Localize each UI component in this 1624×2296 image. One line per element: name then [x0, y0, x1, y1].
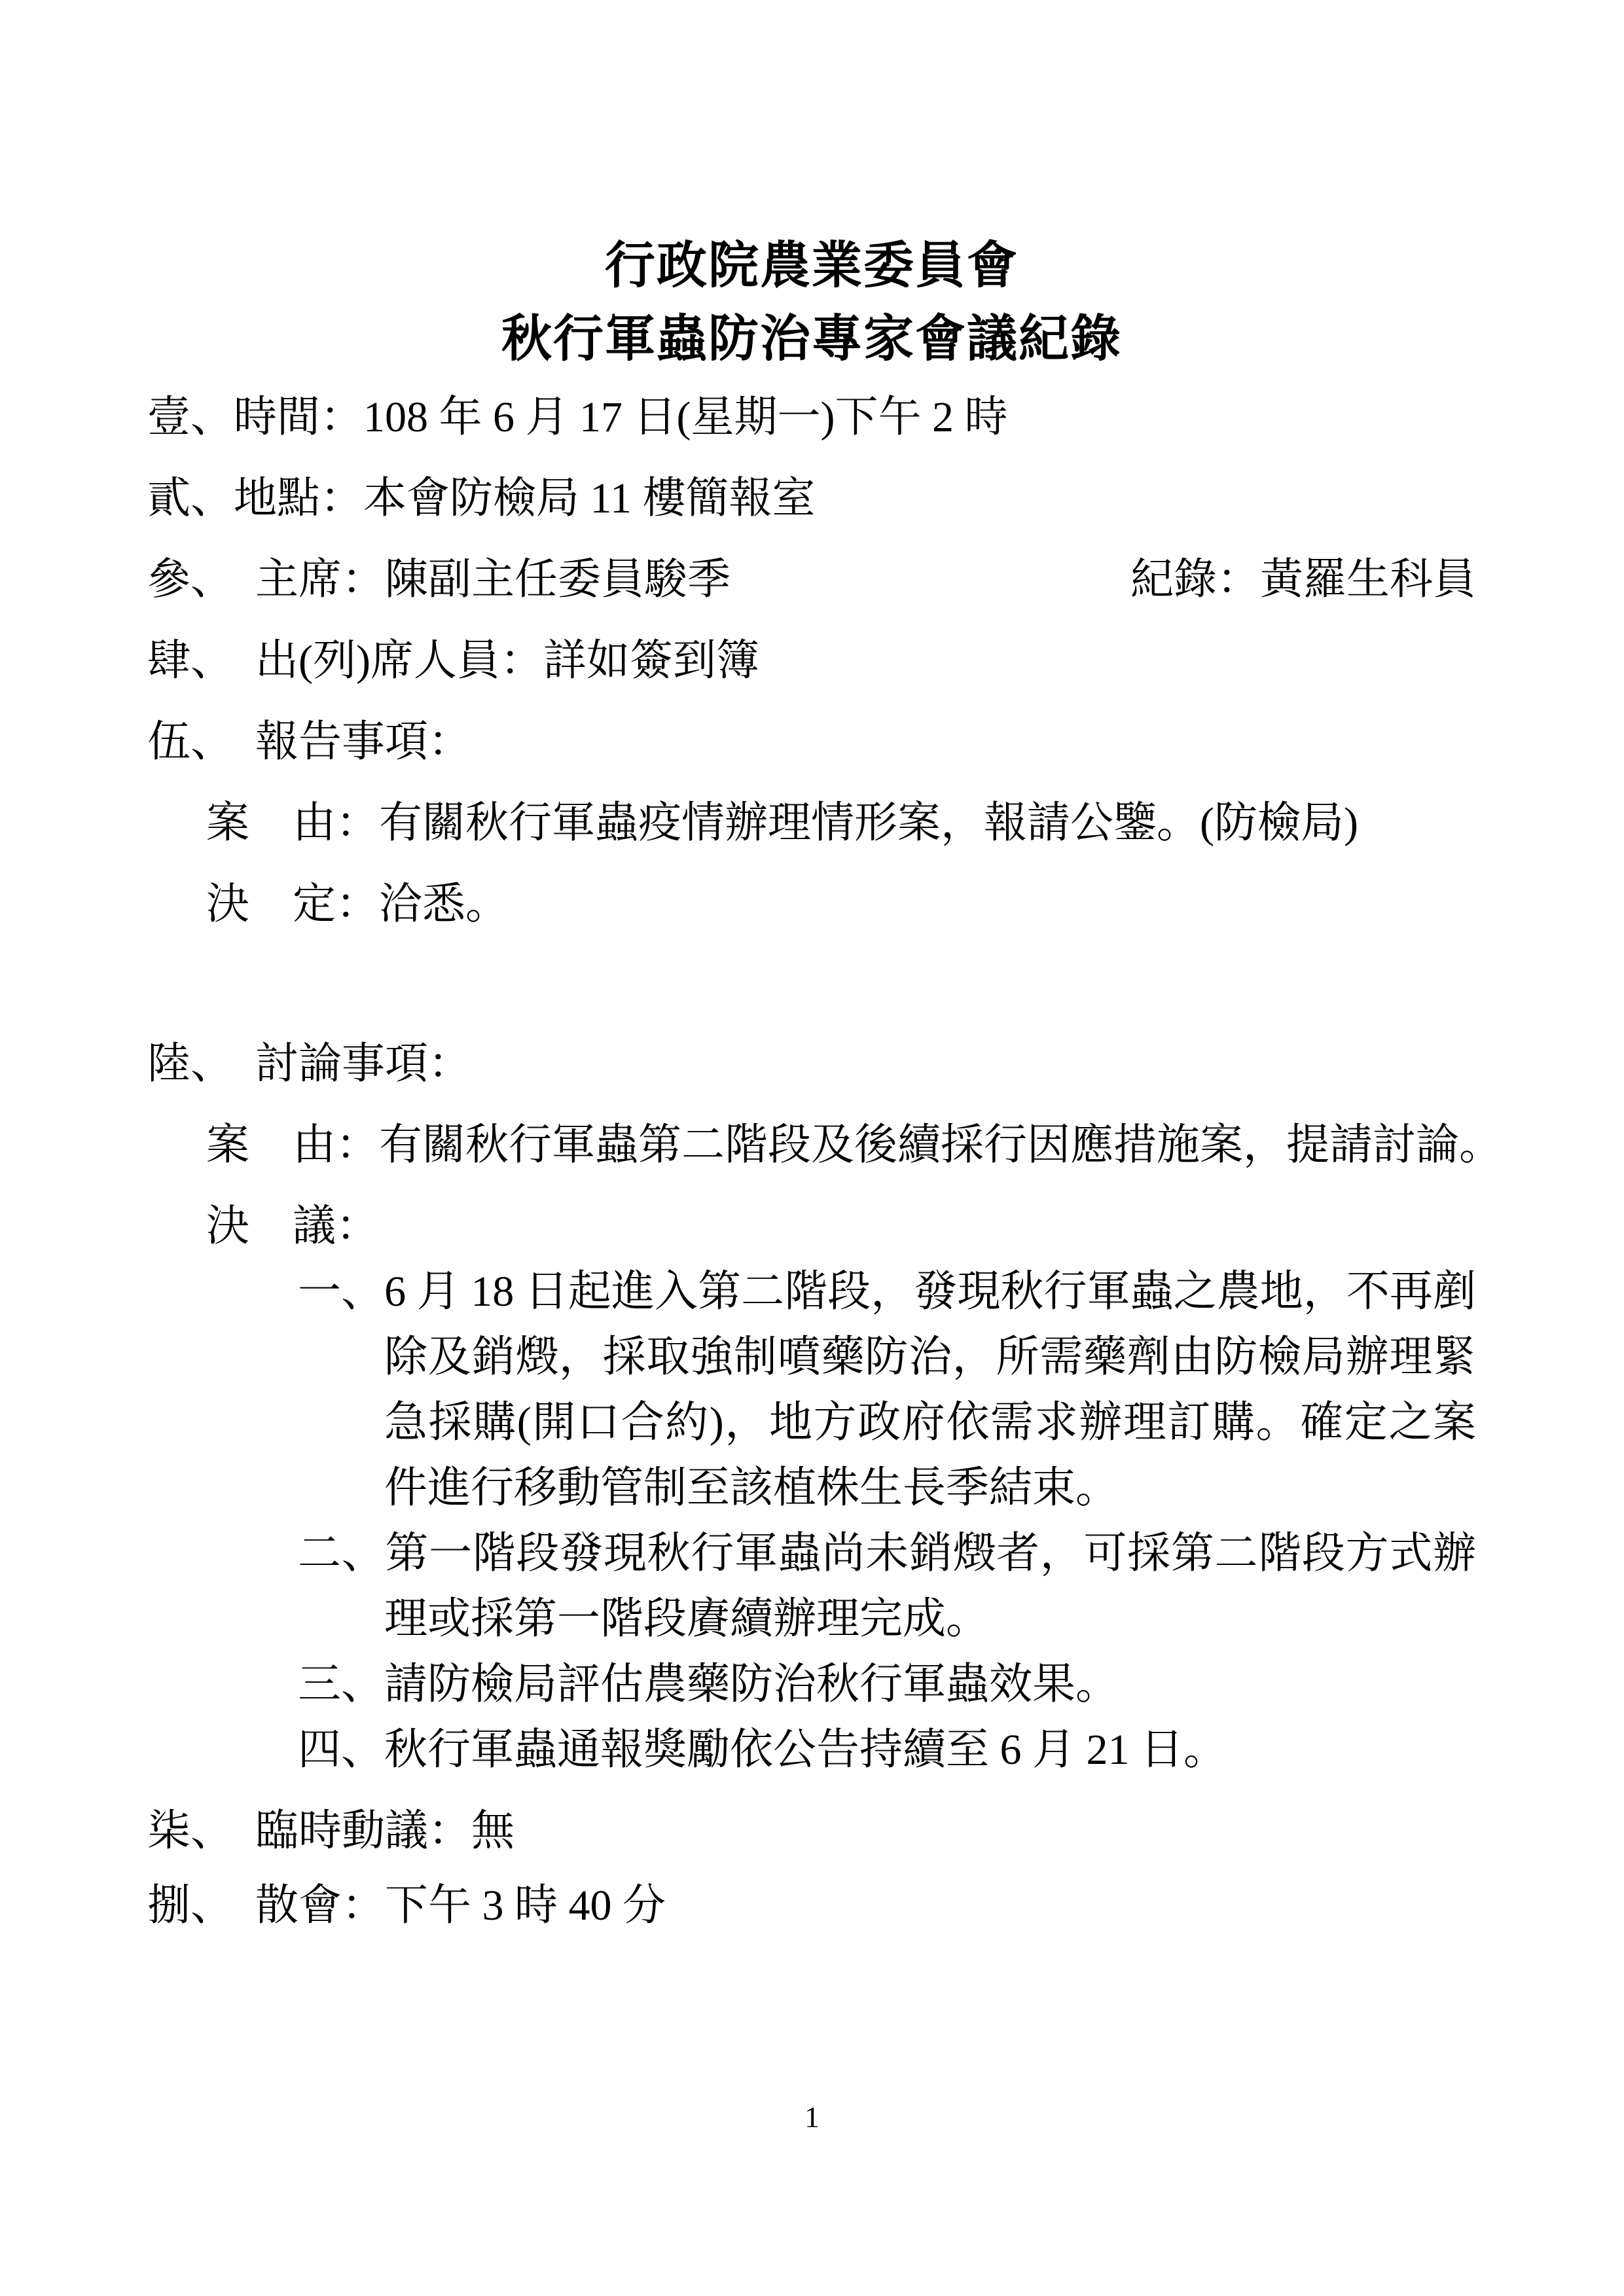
resolution-item-3: 三、請防檢局評估農藥防治秋行軍蟲效果。	[298, 1652, 1476, 1717]
line-time: 壹、時間：108 年 6 月 17 日(星期一)下午 2 時	[147, 385, 1476, 450]
line-discussion-header: 陸、 討論事項：	[147, 1031, 1476, 1097]
line-place-text: 地點：本會防檢局 11 樓簡報室	[234, 475, 816, 522]
report-case-text: 有關秋行軍蟲疫情辦理情形案，報請公鑒。(防檢局)	[379, 799, 1358, 847]
resolution-3-text: 請防檢局評估農藥防治秋行軍蟲效果。	[384, 1660, 1119, 1708]
document-content: 行政院農業委員會 秋行軍蟲防治專家會議紀錄 壹、時間：108 年 6 月 17 …	[0, 0, 1624, 1939]
resolution-1-number: 一、	[298, 1268, 384, 1316]
line-time-label: 壹、	[147, 393, 234, 441]
resolution-item-1: 一、6 月 18 日起進入第二階段，發現秋行軍蟲之農地，不再剷除及銷燬，採取強制…	[298, 1259, 1476, 1521]
line-attendee-text: 出(列)席人員：詳如簽到簿	[234, 637, 759, 685]
report-decision-label: 決 定：	[206, 880, 379, 928]
page-number: 1	[0, 2098, 1624, 2137]
report-case: 案 由：有關秋行軍蟲疫情辦理情形案，報請公鑒。(防檢局)	[206, 791, 1476, 856]
doc-title: 行政院農業委員會	[147, 229, 1476, 302]
line-place-label: 貳、	[147, 475, 234, 522]
line-report-header: 伍、 報告事項：	[147, 709, 1476, 775]
resolution-1-text: 6 月 18 日起進入第二階段，發現秋行軍蟲之農地，不再剷除及銷燬，採取強制噴藥…	[384, 1268, 1476, 1512]
resolution-2-number: 二、	[298, 1530, 385, 1577]
discussion-resolution-label: 決 議：	[206, 1202, 379, 1250]
discussion-case-label: 案 由：	[206, 1121, 379, 1169]
line-adjourn-label: 捌、	[147, 1882, 234, 1929]
recorder-text: 紀錄：黃羅生科員	[1130, 547, 1476, 613]
line-attendee: 肆、 出(列)席人員：詳如簽到簿	[147, 628, 1476, 694]
line-discussion-label: 陸、	[147, 1040, 234, 1088]
line-adjourn-text: 散會：下午 3 時 40 分	[234, 1882, 666, 1929]
discussion-case-text: 有關秋行軍蟲第二階段及後續採行因應措施案，提請討論。	[379, 1121, 1502, 1169]
line-report-text: 報告事項：	[234, 718, 471, 766]
line-motions: 柒、 臨時動議：無	[147, 1799, 1476, 1864]
section-gap	[147, 953, 1476, 1031]
line-adjourn: 捌、 散會：下午 3 時 40 分	[147, 1873, 1476, 1939]
line-place: 貳、地點：本會防檢局 11 樓簡報室	[147, 466, 1476, 531]
line-time-text: 時間：108 年 6 月 17 日(星期一)下午 2 時	[234, 393, 1007, 441]
discussion-case: 案 由：有關秋行軍蟲第二階段及後續採行因應措施案，提請討論。	[206, 1113, 1476, 1178]
chair-left: 參、 主席：陳副主任委員駿季	[147, 547, 731, 613]
resolution-item-2: 二、第一階段發現秋行軍蟲尚未銷燬者，可採第二階段方式辦理或採第一階段賡續辦理完成…	[298, 1521, 1476, 1652]
report-decision-text: 洽悉。	[379, 880, 509, 928]
document-page: 行政院農業委員會 秋行軍蟲防治專家會議紀錄 壹、時間：108 年 6 月 17 …	[0, 0, 1624, 2296]
line-motions-text: 臨時動議：無	[234, 1807, 514, 1855]
line-discussion-text: 討論事項：	[234, 1040, 471, 1088]
line-chair-text: 主席：陳副主任委員駿季	[234, 556, 731, 603]
resolution-2-text: 第一階段發現秋行軍蟲尚未銷燬者，可採第二階段方式辦理或採第一階段賡續辦理完成。	[384, 1530, 1476, 1643]
line-chair: 參、 主席：陳副主任委員駿季紀錄：黃羅生科員	[147, 547, 1476, 613]
report-case-label: 案 由：	[206, 799, 379, 847]
discussion-resolution-header: 決 議：	[206, 1194, 1476, 1259]
resolution-4-text: 秋行軍蟲通報獎勵依公告持續至 6 月 21 日。	[384, 1726, 1227, 1774]
line-attendee-label: 肆、	[147, 637, 234, 685]
resolution-4-number: 四、	[298, 1726, 384, 1774]
report-decision: 決 定：洽悉。	[206, 872, 1476, 937]
line-report-label: 伍、	[147, 718, 234, 766]
doc-subtitle: 秋行軍蟲防治專家會議紀錄	[147, 302, 1476, 376]
resolution-3-number: 三、	[298, 1660, 384, 1708]
line-chair-label: 參、	[147, 556, 234, 603]
line-motions-label: 柒、	[147, 1807, 234, 1855]
resolution-item-4: 四、秋行軍蟲通報獎勵依公告持續至 6 月 21 日。	[298, 1717, 1476, 1783]
